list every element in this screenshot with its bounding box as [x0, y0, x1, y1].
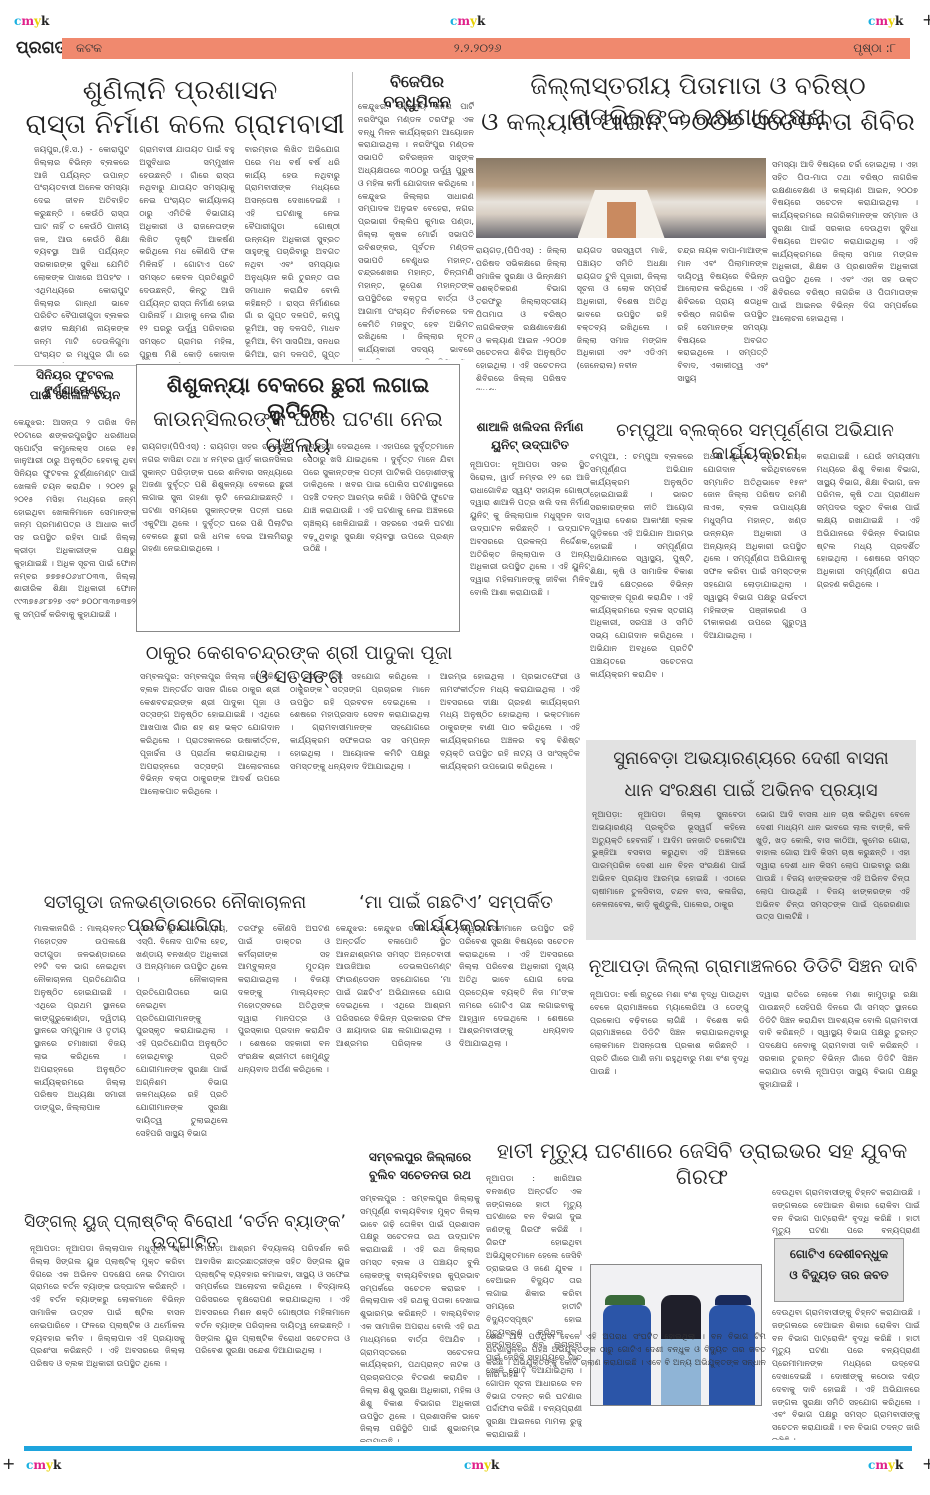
elders-col-3: ଚନ୍ଦ୍ର ନାୟକ ବାପା-ମାଆଙ୍କ ମାନ ଏବଂ ପିଲାମାନଙ… — [677, 244, 768, 390]
ddt-col-1: ନୂଆପଡା: ବର୍ଷା ଋତୁରେ ମଶା ବଂଶ ବୃଦ୍ଧି ପାଉଥି… — [590, 988, 749, 1128]
column-divider — [352, 72, 353, 362]
cmyk-mark-bottom-left: cmyk — [26, 1458, 61, 1472]
elders-col-1: ରାୟଗଡ଼,(ପିପିଏସ୍) : ଜିଲ୍ଲା ପରିଷଦ ସଭିକକ୍ଷର… — [476, 244, 567, 390]
elders-headline-2: ଓ କଲ୍ୟାଣ ଆଇନ -୨୦୦୭ ସଚେତନତା ଶିବିର — [478, 106, 918, 137]
sanitation-article-body: ଚମ୍ପୁଆ, : ଚମ୍ପୁଆ ବ୍ଲକରେ ସମ୍ପୂର୍ଣ୍ଣତା ଅଭି… — [590, 450, 920, 750]
sanitation-col-2: ଅଧକ୍ଷ ସୁରେଶ ଚନ୍ଦ୍ର ନାୟକ ଯୋଗଦାନ କରିଥିବାବେ… — [703, 450, 806, 750]
callout-line-2: ଓ ବିଦ୍ୟୁତ ତାର ଜବତ — [775, 1268, 903, 1283]
thakur-col-2: ଓ ତାଙ୍କ ଟିମ ସହଯୋଗ କରିଥିଲେ । ଠାକୁରଙ୍କ ସତ୍… — [290, 670, 430, 880]
registration-mark-icon: + — [922, 1454, 930, 1473]
thakur-col-1: ସମ୍ବଲପୁର: ସମ୍ବଲପୁର ଜିଲ୍ଲା ଜମନକିରା ବ୍ଲକ ଅ… — [140, 670, 280, 880]
football-body: କେନ୍ଦୁଝର: ଆସନ୍ତା ୨ ତାରିଖ ଦିନ ୧୦ଟାରେ ଶଙ୍କ… — [14, 416, 136, 882]
plastic-col-2: ଟିମପାଡ଼ା ଆଶ୍ରମ ବିଦ୍ୟାଳୟ ପରିଦର୍ଶନ କରି ଆବା… — [195, 1242, 350, 1442]
plastic-col-1: ନୂଆପଡା: ନୂଆପଡା ଜିଲ୍ଲାପାଳ ମଧୁସୂଦନ ଦାସ ଜିଲ… — [30, 1242, 185, 1442]
registration-mark-icon: + — [2, 1454, 15, 1473]
header-bar: କଟକ ୨.୨.୨୦୨୬ ପୃଷ୍ଠା :୮ — [62, 38, 910, 59]
boat-article-body: ମାଲକାନଗିରି : ମାଲ୍ୟବନ୍ତ ମହୋତ୍ସବ ଉପଲକ୍ଷେ ସ… — [34, 922, 330, 1197]
meeting-photo — [476, 158, 766, 238]
sambalpur-headline-1: ସମ୍ବଲପୁର ଜିଲ୍ଲାରେ — [360, 1150, 480, 1165]
paddy-headline-2: ଧାନ ସଂରକ୍ଷଣ ପାଇଁ ଅଭିନବ ପ୍ରୟାସ — [588, 780, 914, 803]
sambalpur-body: ସମ୍ବଲପୁର : ସମ୍ବଲପୁର ଜିଲ୍ଲାକୁ ସମ୍ପୂର୍ଣ୍ଣ … — [360, 1192, 480, 1442]
bjp-body: କେନ୍ଦୁଝର: ଭାରତୀୟ ଜନତା ପାର୍ଟି ନରସିଂପୁର ମଣ… — [358, 100, 474, 360]
paddy-article-body: ନୂଆପଡ଼ା: ନୂଆପଡା ଜିଲ୍ଲା ସୁନାବେଡା ଅଭୟାରଣ୍ୟ… — [592, 808, 910, 936]
footer-bar — [24, 1446, 912, 1451]
ddt-article-body: ନୂଆପଡା: ବର୍ଷା ଋତୁରେ ମଶା ବଂଶ ବୃଦ୍ଧି ପାଉଥି… — [590, 988, 918, 1128]
theft-col-2: ସୁନାଗହଣା ଦେଇଥିଲେ । ଏହାପରେ ଦୁର୍ବୃତ୍ତମାନେ … — [303, 440, 454, 626]
officer-1-cap-icon — [605, 1295, 645, 1305]
cmyk-mark-bottom-right: cmyk — [868, 1458, 903, 1472]
road-col-1: ଜୟପୁର,(ହି.ସ.) - କୋରାପୁଟ ଜିଲ୍ଲାର ବିଭିନ୍ନ … — [34, 143, 129, 363]
sanitation-col-1: ଚମ୍ପୁଆ, : ଚମ୍ପୁଆ ବ୍ଲକରେ ସମ୍ପୂର୍ଣ୍ଣତା ଅଭି… — [590, 450, 693, 750]
sanitation-col-3: କରାଯାଇଛି । ଯେଉଁ ସମୟସୀମା ମଧ୍ୟରେ ଶିଶୁ ବିକା… — [817, 450, 920, 750]
boat-col-3: ତରଫରୁ କୌଣସି ଅଘଟଣ ପାଇଁ ଡାକ୍ତର ଓ କର୍ମଚାରୀଙ… — [238, 922, 330, 1197]
cmyk-mark-top-center: cmyk — [450, 14, 485, 28]
paddy-col-1: ନୂଆପଡ଼ା: ନୂଆପଡା ଜିଲ୍ଲା ସୁନାବେଡା ଅଭୟାରଣ୍ୟ… — [592, 808, 746, 936]
officer-2-cap-icon — [715, 1295, 751, 1305]
boat-col-1: ମାଲକାନଗିରି : ମାଲ୍ୟବନ୍ତ ମହୋତ୍ସବ ଉପଲକ୍ଷେ ସ… — [34, 922, 126, 1197]
road-col-3: ବାରମ୍ବାର ଲିଖିତ ଅଭିଯୋଗ ପରେ ମଧ ବର୍ଷ ବର୍ଷ ଧ… — [245, 143, 340, 363]
floor-shape — [607, 202, 636, 238]
road-headline-2: ରାସ୍ତା ନିର୍ମାଣ କଲେ ଗ୍ରାମବାସୀ — [20, 108, 350, 142]
unit-headline-1: ଶାଆଳି ଖଲିଦନା ନିର୍ମାଣ — [470, 420, 590, 435]
road-article-body: ଜୟପୁର,(ହି.ସ.) - କୋରାପୁଟ ଜିଲ୍ଲାର ବିଭିନ୍ନ … — [34, 143, 340, 363]
theft-article-body: ରାୟଗଡ଼ା(ପିପିଏସ୍) : ରାୟଗଡ଼ା ସହର ରାମକୃଷ୍ଣ … — [142, 440, 454, 626]
elders-side-text: ସମସ୍ୟା ଆଦି ବିଷୟରେ ଚର୍ଚ୍ଚା ହୋଇଥିଲା । ଏହା … — [772, 158, 918, 390]
ddt-col-2: ଦ୍ୱାରା ରାତିରେ ଲୋକେ ମଶା କାମୁଡ଼ାରୁ ରକ୍ଷା ପ… — [759, 988, 918, 1128]
sambalpur-headline-2: ବୁଲିବ ସଚେତନତା ରଥ — [360, 1168, 480, 1183]
elephant-col-3-top: ଦେଉଥିବା ଗ୍ରାମବାସୀଙ୍କୁ ଚିହ୍ନଟ କରାଯାଉଛି । … — [772, 1186, 920, 1236]
elephant-col-2: ରେଇ ଆଦି ପଡ଼ିଥିବା ବେଳେ ଏହି ଅପରାଧ ସଂଘଟିତ ହ… — [486, 1330, 766, 1440]
mother-body: କେନ୍ଦୁଝର: କେନ୍ଦୁଝର ସଦର ବ୍ଲକ ଅନ୍ତର୍ଗତ ବଳା… — [336, 922, 574, 1062]
cmyk-mark-bottom-center: cmyk — [464, 1458, 499, 1472]
city-label: କଟକ — [76, 41, 102, 56]
paddy-headline-1: ସୁନାବେଡ଼ା ଅଭୟାରଣ୍ୟରେ ଦେଶୀ ବାସନା — [588, 748, 914, 771]
registration-mark-icon: + — [922, 10, 930, 29]
thakur-col-3: ଆରମ୍ଭ ହୋଇଥିଲା । ପ୍ରଭାତଫେରୀ ଓ ନାମସଂକୀର୍ତ୍… — [440, 670, 580, 880]
road-headline-1: ଶୁଣିଲାନି ପ୍ରଶାସନ — [20, 74, 340, 108]
elders-col-2: ରାୟଗଡ ସରସ୍ୱତୀ ମାଝି, ପଞ୍ଚାୟତ ସମିତି ଅଧକ୍ଷା… — [577, 244, 668, 390]
section-divider — [14, 365, 136, 366]
football-headline-2: ପାଇଁ ଖେଳାଳି ଚୟନ — [14, 388, 136, 403]
elders-article-body: ରାୟଗଡ଼,(ପିପିଏସ୍) : ଜିଲ୍ଲା ପରିଷଦ ସଭିକକ୍ଷର… — [476, 244, 768, 390]
callout-line-1: ଗୋଟିଏ ଦେଶୀବନ୍ଧୁକ — [775, 1247, 903, 1262]
ddt-headline: ନୂଆପଡ଼ା ଜିଲ୍ଲା ଗ୍ରାମାଞ୍ଚଳରେ ଡିଡିଟି ସିଞ୍ଚ… — [588, 956, 918, 979]
cmyk-mark-top-left: cmyk — [14, 14, 49, 28]
theft-col-1: ରାୟଗଡ଼ା(ପିପିଏସ୍) : ରାୟଗଡ଼ା ସହର ରାମକୃଷ୍ଣ … — [142, 440, 293, 626]
cmyk-mark-top-right: cmyk — [868, 14, 903, 28]
thakur-article-body: ସମ୍ବଲପୁର: ସମ୍ବଲପୁର ଜିଲ୍ଲା ଜମନକିରା ବ୍ଲକ ଅ… — [140, 670, 580, 880]
date-label: ୨.୨.୨୦୨୬ — [102, 41, 853, 56]
seizure-callout-box: ଗୋଟିଏ ଦେଶୀବନ୍ଧୁକ ଓ ବିଦ୍ୟୁତ ତାର ଜବତ — [774, 1238, 904, 1302]
elephant-col-3-bottom: ଦେଉଥିବା ଗ୍ରାମବାସୀଙ୍କୁ ଚିହ୍ନଟ କରାଯାଉଛି । … — [772, 1306, 920, 1440]
unit-headline-2: ୟୁନିଟ୍ ଉଦ୍‌ଘାଟିତ — [470, 438, 590, 453]
paddy-col-2: ଭୋଗ ଆଦି ବାସନା ଧାନ ଚାଷ କରିଥିବା ବେଳେ ଦେଶୀ … — [756, 808, 910, 936]
page-number: ପୃଷ୍ଠା :୮ — [853, 41, 896, 56]
boat-col-2: ସୋମେଶ କୁମାର ଉପାଧ୍ୟାୟ, ଏସ୍‌ପି. ବିନୋଦ ପାଟି… — [136, 922, 228, 1197]
road-col-2: ଗ୍ରାମବାସୀ ଯାତାୟତ ପାଇଁ ବହୁ ଅସୁବିଧାର ସମ୍ମୁ… — [139, 143, 234, 363]
plastic-article-body: ନୂଆପଡା: ନୂଆପଡା ଜିଲ୍ଲାପାଳ ମଧୁସୂଦନ ଦାସ ଜିଲ… — [30, 1242, 350, 1442]
